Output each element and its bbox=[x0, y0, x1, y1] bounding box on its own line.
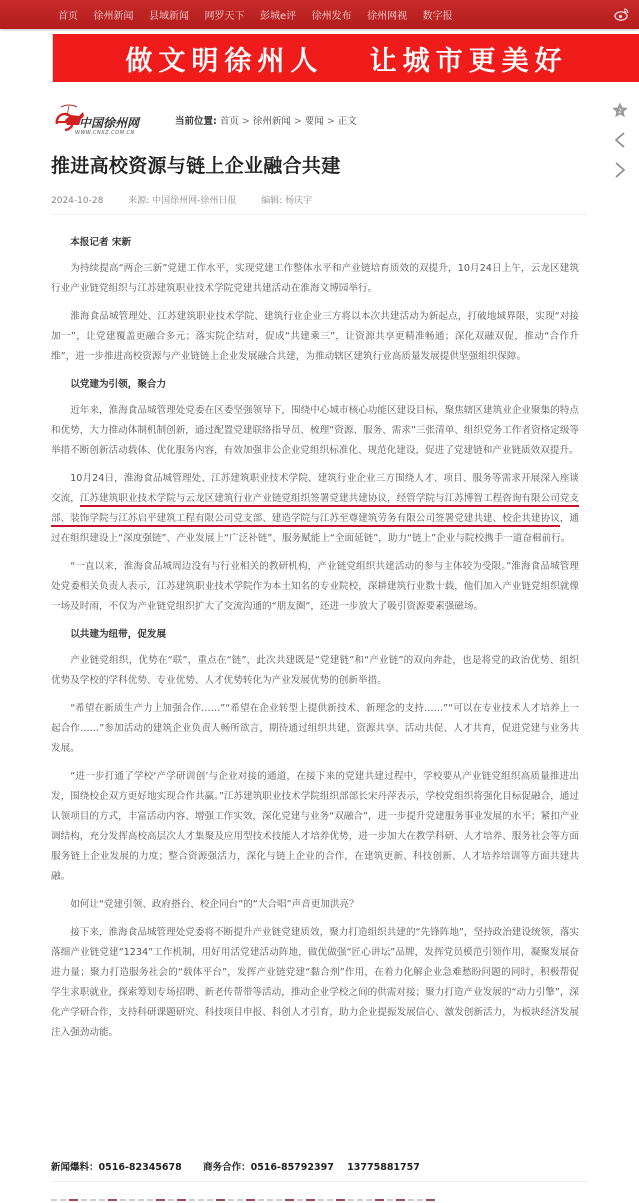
breadcrumb-separator: > bbox=[327, 116, 335, 127]
paragraph: 如何让“党建引领、政府搭台、校企同台”的“大合唱”声音更加洪亮？ bbox=[51, 895, 579, 915]
nav-item-digital-paper[interactable]: 数字报 bbox=[423, 7, 453, 22]
footer-links-cutoff bbox=[51, 1199, 587, 1203]
byline: 本报记者 宋新 bbox=[51, 233, 579, 253]
breadcrumb-article: 正文 bbox=[338, 116, 357, 127]
next-article-button[interactable] bbox=[609, 155, 631, 185]
section-heading: 以党建为引领，聚合力 bbox=[51, 375, 579, 395]
contact-info: 新闻爆料：0516-82345678 商务合作：0516-85792397 13… bbox=[51, 1159, 438, 1173]
news-tip-hotline: 新闻爆料：0516-82345678 bbox=[51, 1162, 182, 1173]
article-source: 来源: 中国徐州网-徐州日报 bbox=[128, 196, 236, 206]
previous-article-button[interactable] bbox=[609, 125, 631, 155]
breadcrumb-separator: > bbox=[242, 116, 250, 127]
business-hotline: 商务合作：0516-85792397 bbox=[203, 1162, 334, 1173]
breadcrumb-headlines[interactable]: 要闻 bbox=[305, 116, 324, 127]
nav-item-home[interactable]: 首页 bbox=[58, 7, 78, 22]
site-logo[interactable]: 中国徐州网 WWW.CNXZ.COM.CN bbox=[51, 102, 156, 138]
paragraph: 接下来，淮海食品城管理处党委将不断提升产业链党建质效，聚力打造组织共建的“先锋阵… bbox=[51, 923, 579, 1043]
paragraph: 10月24日，淮海食品城管理处、江苏建筑职业技术学院、建筑行业企业三方围绕人才、… bbox=[51, 469, 579, 549]
article-title: 推进高校资源与链上企业融合共建 bbox=[51, 151, 341, 178]
weibo-icon[interactable] bbox=[614, 6, 630, 22]
chevron-right-icon bbox=[613, 161, 627, 179]
business-mobile: 13775881757 bbox=[347, 1162, 420, 1173]
nav-item-xuzhou-release[interactable]: 徐州发布 bbox=[312, 7, 352, 22]
nav-item-xuzhou-news[interactable]: 徐州新闻 bbox=[94, 7, 134, 22]
nav-item-xuzhou-tv[interactable]: 徐州网视 bbox=[367, 7, 407, 22]
breadcrumb: 当前位置: 首页>徐州新闻>要闻>正文 bbox=[175, 113, 357, 127]
meta-divider bbox=[51, 214, 587, 215]
slogan-banner: 做文明徐州人 让城市更美好 bbox=[52, 34, 639, 82]
paragraph: 近年来，淮海食品城管理处党委在区委坚强领导下，围绕中心城市核心功能区建设目标，聚… bbox=[51, 401, 579, 461]
paragraph: 为持续提高“两企三新”党建工作水平，实现党建工作整体水平和产业链培育质效的双提升… bbox=[51, 259, 579, 299]
slogan-right: 让城市更美好 bbox=[370, 39, 568, 78]
article-meta: 2024-10-28 来源: 中国徐州网-徐州日报 编辑: 杨庆宇 bbox=[51, 193, 334, 206]
breadcrumb-xuzhou-news[interactable]: 徐州新闻 bbox=[253, 116, 291, 127]
logo-url: WWW.CNXZ.COM.CN bbox=[75, 130, 135, 136]
top-navigation-bar: 首页 徐州新闻 县域新闻 网罗天下 彭城e评 徐州发布 徐州网视 数字报 bbox=[0, 0, 639, 29]
footer-divider bbox=[51, 1181, 587, 1182]
logo-name: 中国徐州网 bbox=[79, 114, 139, 131]
slogan-left: 做文明徐州人 bbox=[125, 39, 323, 78]
paragraph: “希望在新质生产力上加强合作……”“希望在企业转型上提供新技术、新理念的支持……… bbox=[51, 699, 579, 759]
favorite-count: 2 bbox=[618, 108, 622, 115]
nav-item-pengcheng-e-review[interactable]: 彭城e评 bbox=[260, 7, 296, 22]
chevron-left-icon bbox=[613, 131, 627, 149]
side-toolbar: 2 bbox=[609, 95, 631, 185]
red-underlined-text: 江苏建筑职业技术学院与云龙区建筑行业产业链党组织签署党建共建协议，经管学院与江苏… bbox=[51, 493, 579, 527]
paragraph: “一直以来，淮海食品城周边没有与行业相关的教研机构，产业链党组织共建活动的参与主… bbox=[51, 557, 579, 617]
breadcrumb-label: 当前位置: bbox=[175, 116, 217, 127]
paragraph: 淮海食品城管理处、江苏建筑职业技术学院、建筑行业企业三方将以本次共建活动为新起点… bbox=[51, 307, 579, 367]
favorite-button[interactable]: 2 bbox=[609, 95, 631, 125]
section-heading: 以共建为纽带，促发展 bbox=[51, 625, 579, 645]
star-icon: 2 bbox=[611, 101, 629, 119]
paragraph: 产业链党组织，优势在“联”，重点在“链”，此次共建既是“党建链”和“产业链”的双… bbox=[51, 651, 579, 691]
breadcrumb-home[interactable]: 首页 bbox=[220, 116, 239, 127]
nav-item-county-news[interactable]: 县域新闻 bbox=[149, 7, 189, 22]
article-body: 本报记者 宋新 为持续提高“两企三新”党建工作水平，实现党建工作整体水平和产业链… bbox=[51, 233, 579, 1051]
nav-item-world[interactable]: 网罗天下 bbox=[205, 7, 245, 22]
article-date: 2024-10-28 bbox=[51, 196, 103, 206]
article-editor: 编辑: 杨庆宇 bbox=[261, 196, 312, 206]
paragraph: “进一步打通了学校‘产学研训创’与企业对接的通道，在接下来的党建共建过程中，学校… bbox=[51, 767, 579, 887]
nav-menu: 首页 徐州新闻 县域新闻 网罗天下 彭城e评 徐州发布 徐州网视 数字报 bbox=[58, 0, 468, 29]
slogan-gap bbox=[323, 43, 369, 74]
breadcrumb-separator: > bbox=[294, 116, 302, 127]
